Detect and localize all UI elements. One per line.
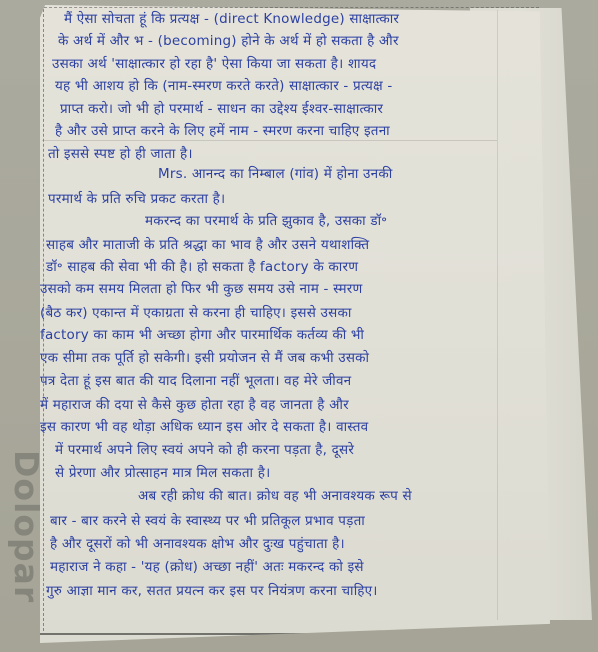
letter-line: में महाराज की दया से कैसे कुछ होता रहा ह… [40,396,349,414]
letter-line: पत्र देता हूं इस बात की याद दिलाना नहीं … [40,372,351,390]
letter-line: परमार्थ के प्रति रुचि प्रकट करता है। [48,190,225,208]
letter-line: उसका अर्थ 'साक्षात्कार हो रहा है' ऐसा कि… [52,55,376,73]
letter-line: महाराज ने कहा - 'यह (क्रोध) अच्छा नहीं' … [50,558,364,576]
letter-line: से प्रेरणा और प्रोत्साहन मात्र मिल सकता … [55,464,270,482]
letter-line: साहब और माताजी के प्रति श्रद्धा का भाव ह… [46,236,369,254]
letter-line: उसको कम समय मिलता हो फिर भी कुछ समय उसे … [40,280,362,298]
letter-line: प्राप्त करो। जो भी हो परमार्थ - साधन का … [60,100,383,118]
letter-line: में परमार्थ अपने लिए स्वयं अपने को ही कर… [55,441,354,459]
letter-line: के अर्थ में और भ - (becoming) होने के अर… [58,32,399,50]
handwritten-letter: मैं ऐसा सोचता हूं कि प्रत्यक्ष - (direct… [0,0,598,652]
letter-line: factory का काम भी अच्छा होगा और पारमार्थ… [40,326,364,344]
letter-line: डॉ॰ साहब की सेवा भी की है। हो सकता है fa… [46,258,358,276]
letter-line: यह भी आशय हो कि (नाम-स्मरण करते करते) सा… [55,77,392,95]
letter-line: मैं ऐसा सोचता हूं कि प्रत्यक्ष - (direct… [64,10,399,28]
letter-line: बार - बार करने से स्वयं के स्वास्थ्य पर … [50,512,365,530]
letter-line: है और उसे प्राप्त करने के लिए हमें नाम -… [55,122,390,140]
letter-line: एक सीमा तक पूर्ति हो सकेगी। इसी प्रयोजन … [40,349,369,367]
letter-line: मकरन्द का परमार्थ के प्रति झुकाव है, उसक… [145,212,387,230]
letter-line: अब रही क्रोध की बात। क्रोध वह भी अनावश्य… [138,487,412,505]
letter-line: Mrs. आनन्द का निम्बाल (गांव) में होना उन… [158,165,392,183]
letter-line: गुरु आज्ञा मान कर, सतत प्रयत्न कर इस पर … [46,582,378,600]
letter-line: है और दूसरों को भी अनावश्यक क्षोभ और दुः… [50,535,345,553]
letter-line: (बैठ कर) एकान्त में एकाग्रता से करना ही … [40,304,352,322]
letter-line: इस कारण भी वह थोड़ा अधिक ध्यान इस ओर दे … [40,418,368,436]
letter-line: तो इससे स्पष्ट हो ही जाता है। [48,145,193,163]
